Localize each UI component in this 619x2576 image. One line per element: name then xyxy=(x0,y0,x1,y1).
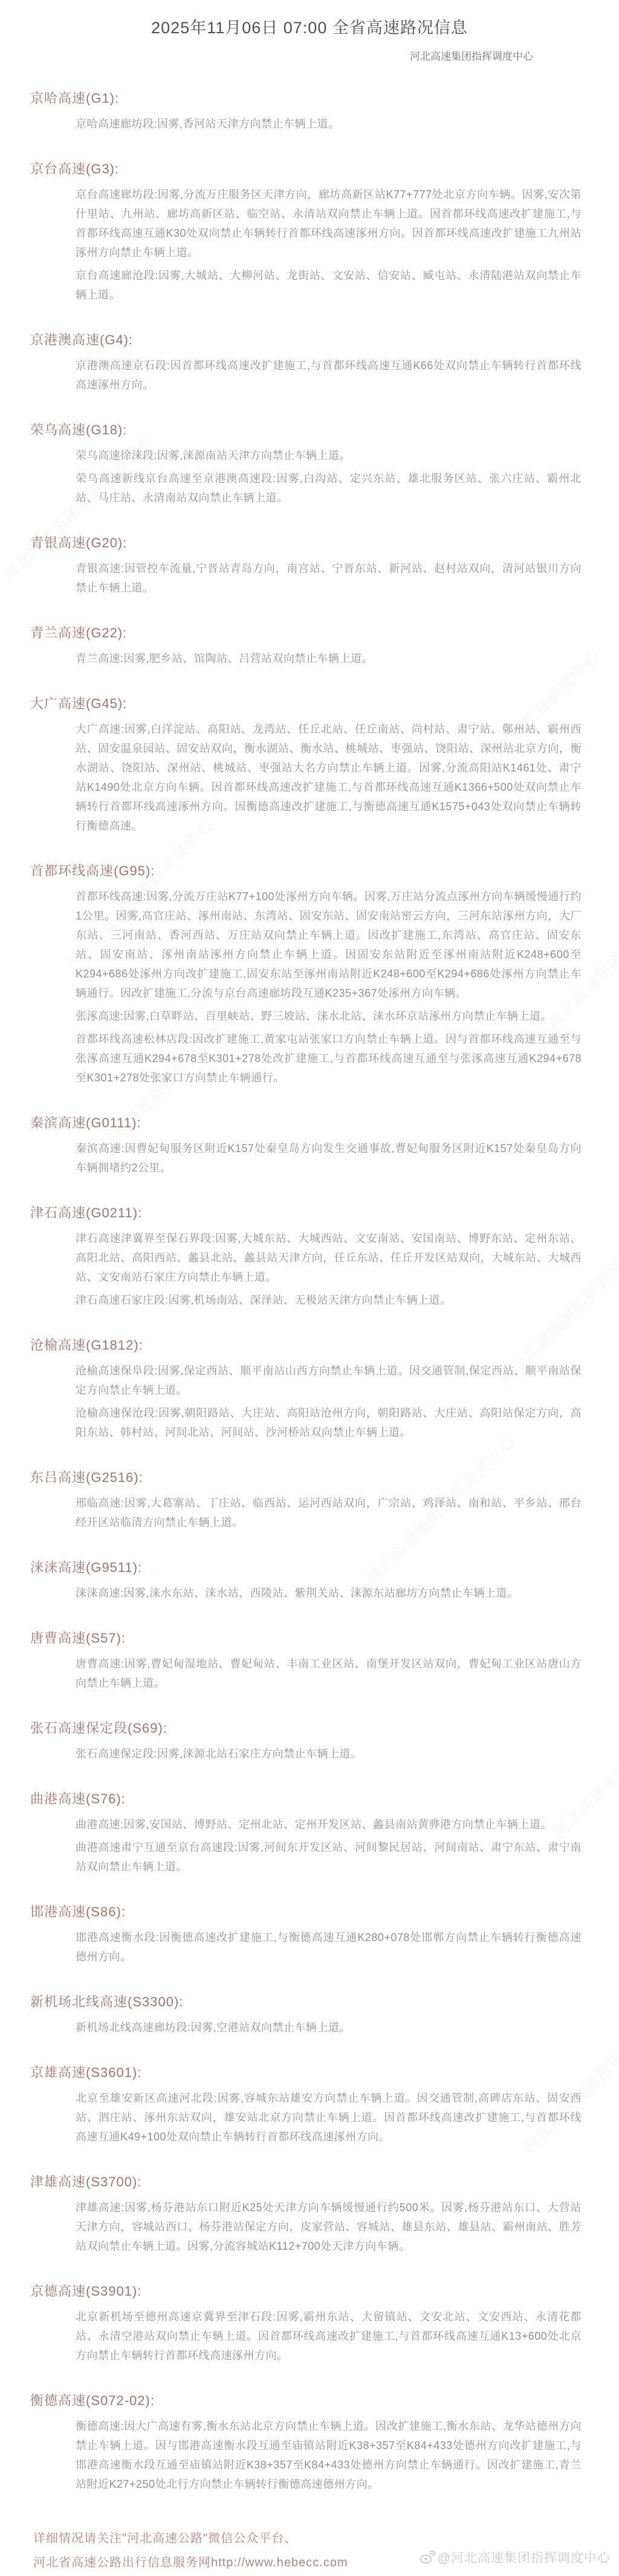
section-heading: 沧榆高速(G1812): xyxy=(30,1335,595,1354)
section-paragraph: 京哈高速廊坊段:因雾,香河站天津方向禁止车辆上道。 xyxy=(76,114,582,134)
section-heading: 曲港高速(S76): xyxy=(30,1789,595,1808)
section-heading: 唐曹高速(S57): xyxy=(30,1628,595,1647)
section-paragraph: 青兰高速:因雾,肥乡站、馆陶站、吕营站双向禁止车辆上道。 xyxy=(76,649,582,668)
section-heading: 大广高速(G45): xyxy=(30,694,595,712)
road-info-sections: 京哈高速(G1):京哈高速廊坊段:因雾,香河站天津方向禁止车辆上道。京台高速(G… xyxy=(0,88,619,2494)
issuer-byline: 河北高速集团指挥调度中心 xyxy=(0,48,533,63)
section-paragraph: 张石高速保定段:因雾,涞源北站石家庄方向禁止车辆上道。 xyxy=(76,1744,582,1763)
section-paragraph: 大广高速:因雾,白洋淀站、高阳站、龙湾站、任丘北站、任丘南站、尚村站、肃宁站、鄚… xyxy=(76,720,582,836)
section-heading: 荣乌高速(G18): xyxy=(30,420,595,439)
section-paragraph: 唐曹高速:因雾,曹妃甸湿地站、曹妃甸站、丰南工业区站、南堡开发区站双向，曹妃甸工… xyxy=(76,1654,582,1693)
section-paragraph: 首都环线高速:因雾,分流万庄站K77+100处涿州方向车辆。因雾,万庄站分流点涿… xyxy=(76,887,582,1003)
section-paragraph: 邯港高速衡水段:因衡德高速改扩建施工,与衡德高速互通K280+078处邯郸方向禁… xyxy=(76,1928,582,1966)
section-paragraph: 荣乌高速新线京台高速至京港澳高速段:因雾,白沟站、定兴东站、雄北服务区站、张六庄… xyxy=(76,469,582,507)
section-paragraph: 京台高速廊坊段:因雾,分流万庄服务区天津方向，廊坊高新区站K77+777处北京方… xyxy=(76,185,582,262)
section-heading: 津石高速(G0211): xyxy=(30,1203,595,1222)
section-paragraph: 邢临高速:因雾,大葛寨站、丁庄站、临西站、运河西站双向，广宗站、鸡泽站、南和站、… xyxy=(76,1493,582,1532)
section-heading: 京台高速(G3): xyxy=(30,159,595,178)
section-paragraph: 首都环线高速松林店段:因改扩建施工,黄家屯站张家口方向禁止车辆上道。因与首都环线… xyxy=(76,1029,582,1087)
section-paragraph: 津雄高速:因雾,杨芬港站东口附近K25处天津方向车辆缓慢通行约500米。因雾,杨… xyxy=(76,2198,582,2256)
section-heading: 新机场北线高速(S3300): xyxy=(30,1992,595,2011)
section-heading: 涞涞高速(G9511): xyxy=(30,1557,595,1576)
section-paragraph: 张涿高速:因雾,白草畔站、百里峡站、野三坡站、涞水北站、涞水环京站涿州方向禁止车… xyxy=(76,1006,582,1026)
section-heading: 青兰高速(G22): xyxy=(30,623,595,642)
section-heading: 津雄高速(S3700): xyxy=(30,2172,595,2191)
section-heading: 青银高速(G20): xyxy=(30,533,595,552)
section-paragraph: 曲港高速肃宁互通至京台高速段:因雾,河间东开发区站、河间黎民居站、河间南站、肃宁… xyxy=(76,1838,582,1876)
section-paragraph: 京港澳高速京石段:因首都环线高速改扩建施工,与首都环线高速互通K66处双向禁止车… xyxy=(76,356,582,394)
section-heading: 邯港高速(S86): xyxy=(30,1902,595,1921)
section-heading: 京港澳高速(G4): xyxy=(30,330,595,349)
road-conditions-bulletin: 2025年11月06日 07:00 全省高速路况信息 河北高速集团指挥调度中心 … xyxy=(0,0,619,2574)
weibo-watermark: @河北高速集团指挥调度中心 xyxy=(420,2548,611,2566)
section-paragraph: 荣乌高速徐涞段:因雾,涞源南站天津方向禁止车辆上道。 xyxy=(76,446,582,465)
section-heading: 京雄高速(S3601): xyxy=(30,2062,595,2081)
section-paragraph: 沧榆高速保阜段:因雾,保定西站、顺平南站山西方向禁止车辆上道。因交通管制,保定西… xyxy=(76,1361,582,1400)
section-paragraph: 曲港高速:因雾,安国站、博野站、定州北站、定州开发区站、蠡县南站黄骅港方向禁止车… xyxy=(76,1815,582,1834)
section-paragraph: 津石高速津冀界至保石界段:因雾,大城东站、大城西站、文安南站、安国南站、博野东站… xyxy=(76,1229,582,1287)
section-paragraph: 新机场北线高速廊坊段:因雾,空港站双向禁止车辆上道。 xyxy=(76,2018,582,2037)
section-heading: 首都环线高速(G95): xyxy=(30,861,595,880)
section-heading: 衡德高速(S072-02): xyxy=(30,2391,595,2409)
section-paragraph: 沧榆高速保沧段:因雾,朝阳路站、大庄站、高阳站沧州方向，朝阳路站、大庄站、高阳站… xyxy=(76,1403,582,1442)
section-paragraph: 津石高速石家庄段:因雾,机场南站、深泽站、无极站天津方向禁止车辆上道。 xyxy=(76,1290,582,1310)
weibo-icon xyxy=(420,2550,435,2565)
section-paragraph: 北京至雄安新区高速河北段:因雾,容城东站雄安方向禁止车辆上道。因交通管制,高碑店… xyxy=(76,2088,582,2146)
page-title: 2025年11月06日 07:00 全省高速路况信息 xyxy=(24,14,595,38)
section-heading: 东吕高速(G2516): xyxy=(30,1467,595,1486)
section-paragraph: 青银高速:因管控车流量,宁晋站青岛方向，南宫站、宁晋东站、新河站、赵村站双向，清… xyxy=(76,559,582,597)
section-paragraph: 北京新机场至德州高速京冀界至津石段:因雾,霸州东站、大留镇站、文安北站、文安西站… xyxy=(76,2307,582,2365)
section-heading: 张石高速保定段(S69): xyxy=(30,1718,595,1737)
footer-wechat-note: 详细情况请关注"河北高速公路"微信公众平台、 xyxy=(33,2528,583,2549)
section-paragraph: 衡德高速:因大广高速有雾,衡水东站北京方向禁止车辆上道。因改扩建施工,衡水东站、… xyxy=(76,2417,582,2494)
section-paragraph: 京台高速廊沧段:因雾,大城站、大柳河站、龙街站、文安站、信安站、臧屯站、永清陆港… xyxy=(76,266,582,304)
section-heading: 京德高速(S3901): xyxy=(30,2281,595,2300)
section-paragraph: 涞涞高速:因雾,涞水东站、涞水站、西陵站、紫荆关站、涞源东站廊坊方向禁止车辆上道… xyxy=(76,1583,582,1603)
section-heading: 秦滨高速(G0111): xyxy=(30,1113,595,1132)
section-paragraph: 秦滨高速:因曹妃甸服务区附近K157处秦皇岛方向发生交通事故,曹妃甸服务区附近K… xyxy=(76,1139,582,1177)
section-heading: 京哈高速(G1): xyxy=(30,88,595,107)
weibo-credit-text: @河北高速集团指挥调度中心 xyxy=(438,2548,611,2566)
